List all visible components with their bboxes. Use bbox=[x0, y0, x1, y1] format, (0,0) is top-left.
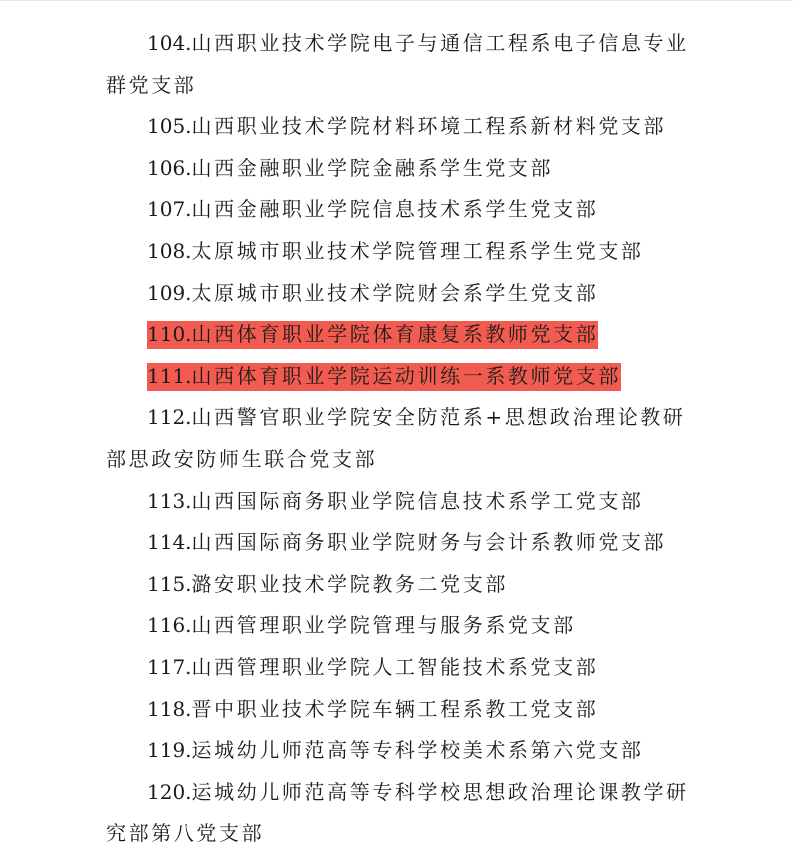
item-text: 山西职业技术学院材料环境工程系新材料党支部 bbox=[192, 114, 667, 138]
list-item-120: 120.运城幼儿师范高等专科学校思想政治理论课教学研究部第八党支部 bbox=[106, 772, 706, 855]
list-item-118: 118.晋中职业技术学院车辆工程系教工党支部 bbox=[106, 689, 706, 731]
item-text: 太原城市职业技术学院管理工程系学生党支部 bbox=[192, 239, 644, 263]
item-number: 108. bbox=[147, 239, 192, 263]
item-text: 潞安职业技术学院教务二党支部 bbox=[192, 572, 508, 596]
highlight-mark: 111.山西体育职业学院运动训练一系教师党支部 bbox=[147, 363, 621, 391]
list-item-115: 115.潞安职业技术学院教务二党支部 bbox=[106, 564, 706, 606]
item-text: 山西体育职业学院运动训练一系教师党支部 bbox=[192, 364, 621, 388]
document-page: 104.山西职业技术学院电子与通信工程系电子信息专业群党支部 105.山西职业技… bbox=[0, 0, 793, 867]
item-number: 120. bbox=[147, 780, 192, 804]
item-text: 运城幼儿师范高等专科学校思想政治理论课教学研究部第八党支部 bbox=[106, 780, 689, 846]
item-number: 117. bbox=[147, 655, 192, 679]
list-item-107: 107.山西金融职业学院信息技术系学生党支部 bbox=[106, 189, 706, 231]
list-item-110-highlighted: 110.山西体育职业学院体育康复系教师党支部 bbox=[106, 314, 706, 356]
item-text: 山西国际商务职业学院信息技术系学工党支部 bbox=[192, 489, 644, 513]
item-text: 晋中职业技术学院车辆工程系教工党支部 bbox=[192, 697, 599, 721]
list-item-113: 113.山西国际商务职业学院信息技术系学工党支部 bbox=[106, 481, 706, 523]
item-number: 115. bbox=[147, 572, 192, 596]
list-item-105: 105.山西职业技术学院材料环境工程系新材料党支部 bbox=[106, 106, 706, 148]
item-number: 119. bbox=[147, 738, 192, 762]
branch-list: 104.山西职业技术学院电子与通信工程系电子信息专业群党支部 105.山西职业技… bbox=[106, 23, 706, 855]
item-number: 110. bbox=[147, 322, 192, 346]
item-text: 山西体育职业学院体育康复系教师党支部 bbox=[192, 322, 599, 346]
item-text: 运城幼儿师范高等专科学校美术系第六党支部 bbox=[192, 738, 644, 762]
item-number: 118. bbox=[147, 697, 192, 721]
item-number: 105. bbox=[147, 114, 192, 138]
item-number: 114. bbox=[147, 530, 192, 554]
item-text: 山西国际商务职业学院财务与会计系教师党支部 bbox=[192, 530, 667, 554]
list-item-119: 119.运城幼儿师范高等专科学校美术系第六党支部 bbox=[106, 730, 706, 772]
list-item-106: 106.山西金融职业学院金融系学生党支部 bbox=[106, 148, 706, 190]
highlight-mark: 110.山西体育职业学院体育康复系教师党支部 bbox=[147, 321, 598, 349]
item-number: 106. bbox=[147, 156, 192, 180]
item-number: 104. bbox=[147, 31, 192, 55]
list-item-117: 117.山西管理职业学院人工智能技术系党支部 bbox=[106, 647, 706, 689]
item-text: 太原城市职业技术学院财会系学生党支部 bbox=[192, 281, 599, 305]
item-number: 107. bbox=[147, 197, 192, 221]
list-item-112: 112.山西警官职业学院安全防范系+思想政治理论教研部思政安防师生联合党支部 bbox=[106, 397, 706, 480]
item-number: 112. bbox=[147, 405, 192, 429]
list-item-116: 116.山西管理职业学院管理与服务系党支部 bbox=[106, 605, 706, 647]
list-item-108: 108.太原城市职业技术学院管理工程系学生党支部 bbox=[106, 231, 706, 273]
item-text: 山西金融职业学院信息技术系学生党支部 bbox=[192, 197, 599, 221]
list-item-114: 114.山西国际商务职业学院财务与会计系教师党支部 bbox=[106, 522, 706, 564]
list-item-104: 104.山西职业技术学院电子与通信工程系电子信息专业群党支部 bbox=[106, 23, 706, 106]
item-number: 116. bbox=[147, 613, 192, 637]
item-text: 山西管理职业学院管理与服务系党支部 bbox=[192, 613, 576, 637]
list-item-111-highlighted: 111.山西体育职业学院运动训练一系教师党支部 bbox=[106, 356, 706, 398]
item-text: 山西职业技术学院电子与通信工程系电子信息专业群党支部 bbox=[106, 31, 689, 97]
item-text: 山西金融职业学院金融系学生党支部 bbox=[192, 156, 554, 180]
list-item-109: 109.太原城市职业技术学院财会系学生党支部 bbox=[106, 273, 706, 315]
item-number: 113. bbox=[147, 489, 192, 513]
item-number: 109. bbox=[147, 281, 192, 305]
item-text: 山西警官职业学院安全防范系+思想政治理论教研部思政安防师生联合党支部 bbox=[106, 405, 686, 471]
item-number: 111. bbox=[147, 364, 192, 388]
item-text: 山西管理职业学院人工智能技术系党支部 bbox=[192, 655, 599, 679]
